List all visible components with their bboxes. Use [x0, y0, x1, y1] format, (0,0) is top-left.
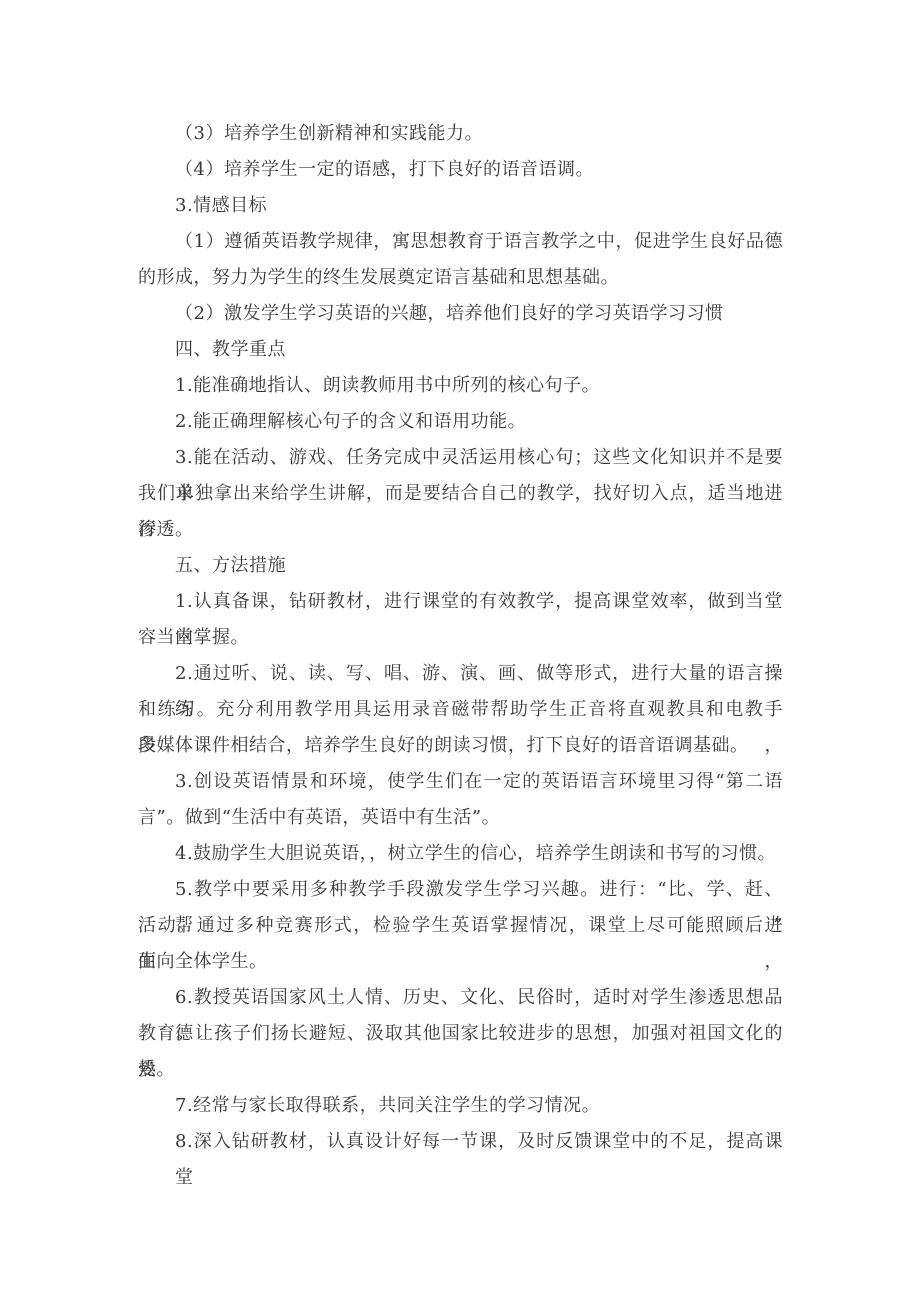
- document-page: （3）培养学生创新精神和实践能力。 （4）培养学生一定的语感，打下良好的语音语调…: [0, 0, 920, 1302]
- document-line: （4）培养学生一定的语感，打下良好的语音语调。: [138, 152, 783, 188]
- document-line: （2）激发学生学习英语的兴趣，培养他们良好的学习英语学习习惯: [138, 296, 783, 332]
- document-line: 5.教学中要采用多种教学手段激发学生学习兴趣。进行：“比、学、赶、帮”: [138, 872, 783, 908]
- document-line: 3.情感目标: [138, 188, 783, 224]
- document-line: 多媒体课件相结合，培养学生良好的朗读习惯，打下良好的语音语调基础。: [138, 728, 783, 764]
- document-heading: 五、方法措施: [138, 548, 783, 584]
- document-text-block: （3）培养学生创新精神和实践能力。 （4）培养学生一定的语感，打下良好的语音语调…: [138, 116, 783, 1160]
- document-line: 2.通过听、说、读、写、唱、游、演、画、做等形式，进行大量的语言操练: [138, 656, 783, 692]
- document-line: 教育。让孩子们扬长避短、汲取其他国家比较进步的思想，加强对祖国文化的热: [138, 1016, 783, 1052]
- document-line: 4.鼓励学生大胆说英语，，树立学生的信心，培养学生朗读和书写的习惯。: [138, 836, 783, 872]
- document-line: 3.能在活动、游戏、任务完成中灵活运用核心句；这些文化知识并不是要求: [138, 440, 783, 476]
- document-line: 和练习。充分利用教学用具运用录音磁带帮助学生正音将直观教具和电教手段，: [138, 692, 783, 728]
- document-line: 我们单独拿出来给学生讲解，而是要结合自己的教学，找好切入点，适当地进行: [138, 476, 783, 512]
- document-line: 容当堂掌握。: [138, 620, 783, 656]
- document-line: （3）培养学生创新精神和实践能力。: [138, 116, 783, 152]
- document-line: 1.认真备课，钻研教材，进行课堂的有效教学，提高课堂效率，做到当堂内: [138, 584, 783, 620]
- document-line: 6.教授英语国家风土人情、历史、文化、民俗时，适时对学生渗透思想品德: [138, 980, 783, 1016]
- document-line: 2.能正确理解核心句子的含义和语用功能。: [138, 404, 783, 440]
- document-line: 8.深入钻研教材，认真设计好每一节课，及时反馈课堂中的不足，提高课堂: [138, 1124, 783, 1160]
- document-line: 渗透。: [138, 512, 783, 548]
- document-line: 活动。通过多种竞赛形式，检验学生英语掌握情况，课堂上尽可能照顾后进生，: [138, 908, 783, 944]
- document-line: （1）遵循英语教学规律，寓思想教育于语言教学之中，促进学生良好品德: [138, 224, 783, 260]
- document-line: 言”。做到“生活中有英语，英语中有生活”。: [138, 800, 783, 836]
- document-line: 的形成，努力为学生的终生发展奠定语言基础和思想基础。: [138, 260, 783, 296]
- document-line: 爱。: [138, 1052, 783, 1088]
- document-line: 1.能准确地指认、朗读教师用书中所列的核心句子。: [138, 368, 783, 404]
- document-line: 3.创设英语情景和环境，使学生们在一定的英语语言环境里习得“第二语: [138, 764, 783, 800]
- document-line: 7.经常与家长取得联系，共同关注学生的学习情况。: [138, 1088, 783, 1124]
- document-heading: 四、教学重点: [138, 332, 783, 368]
